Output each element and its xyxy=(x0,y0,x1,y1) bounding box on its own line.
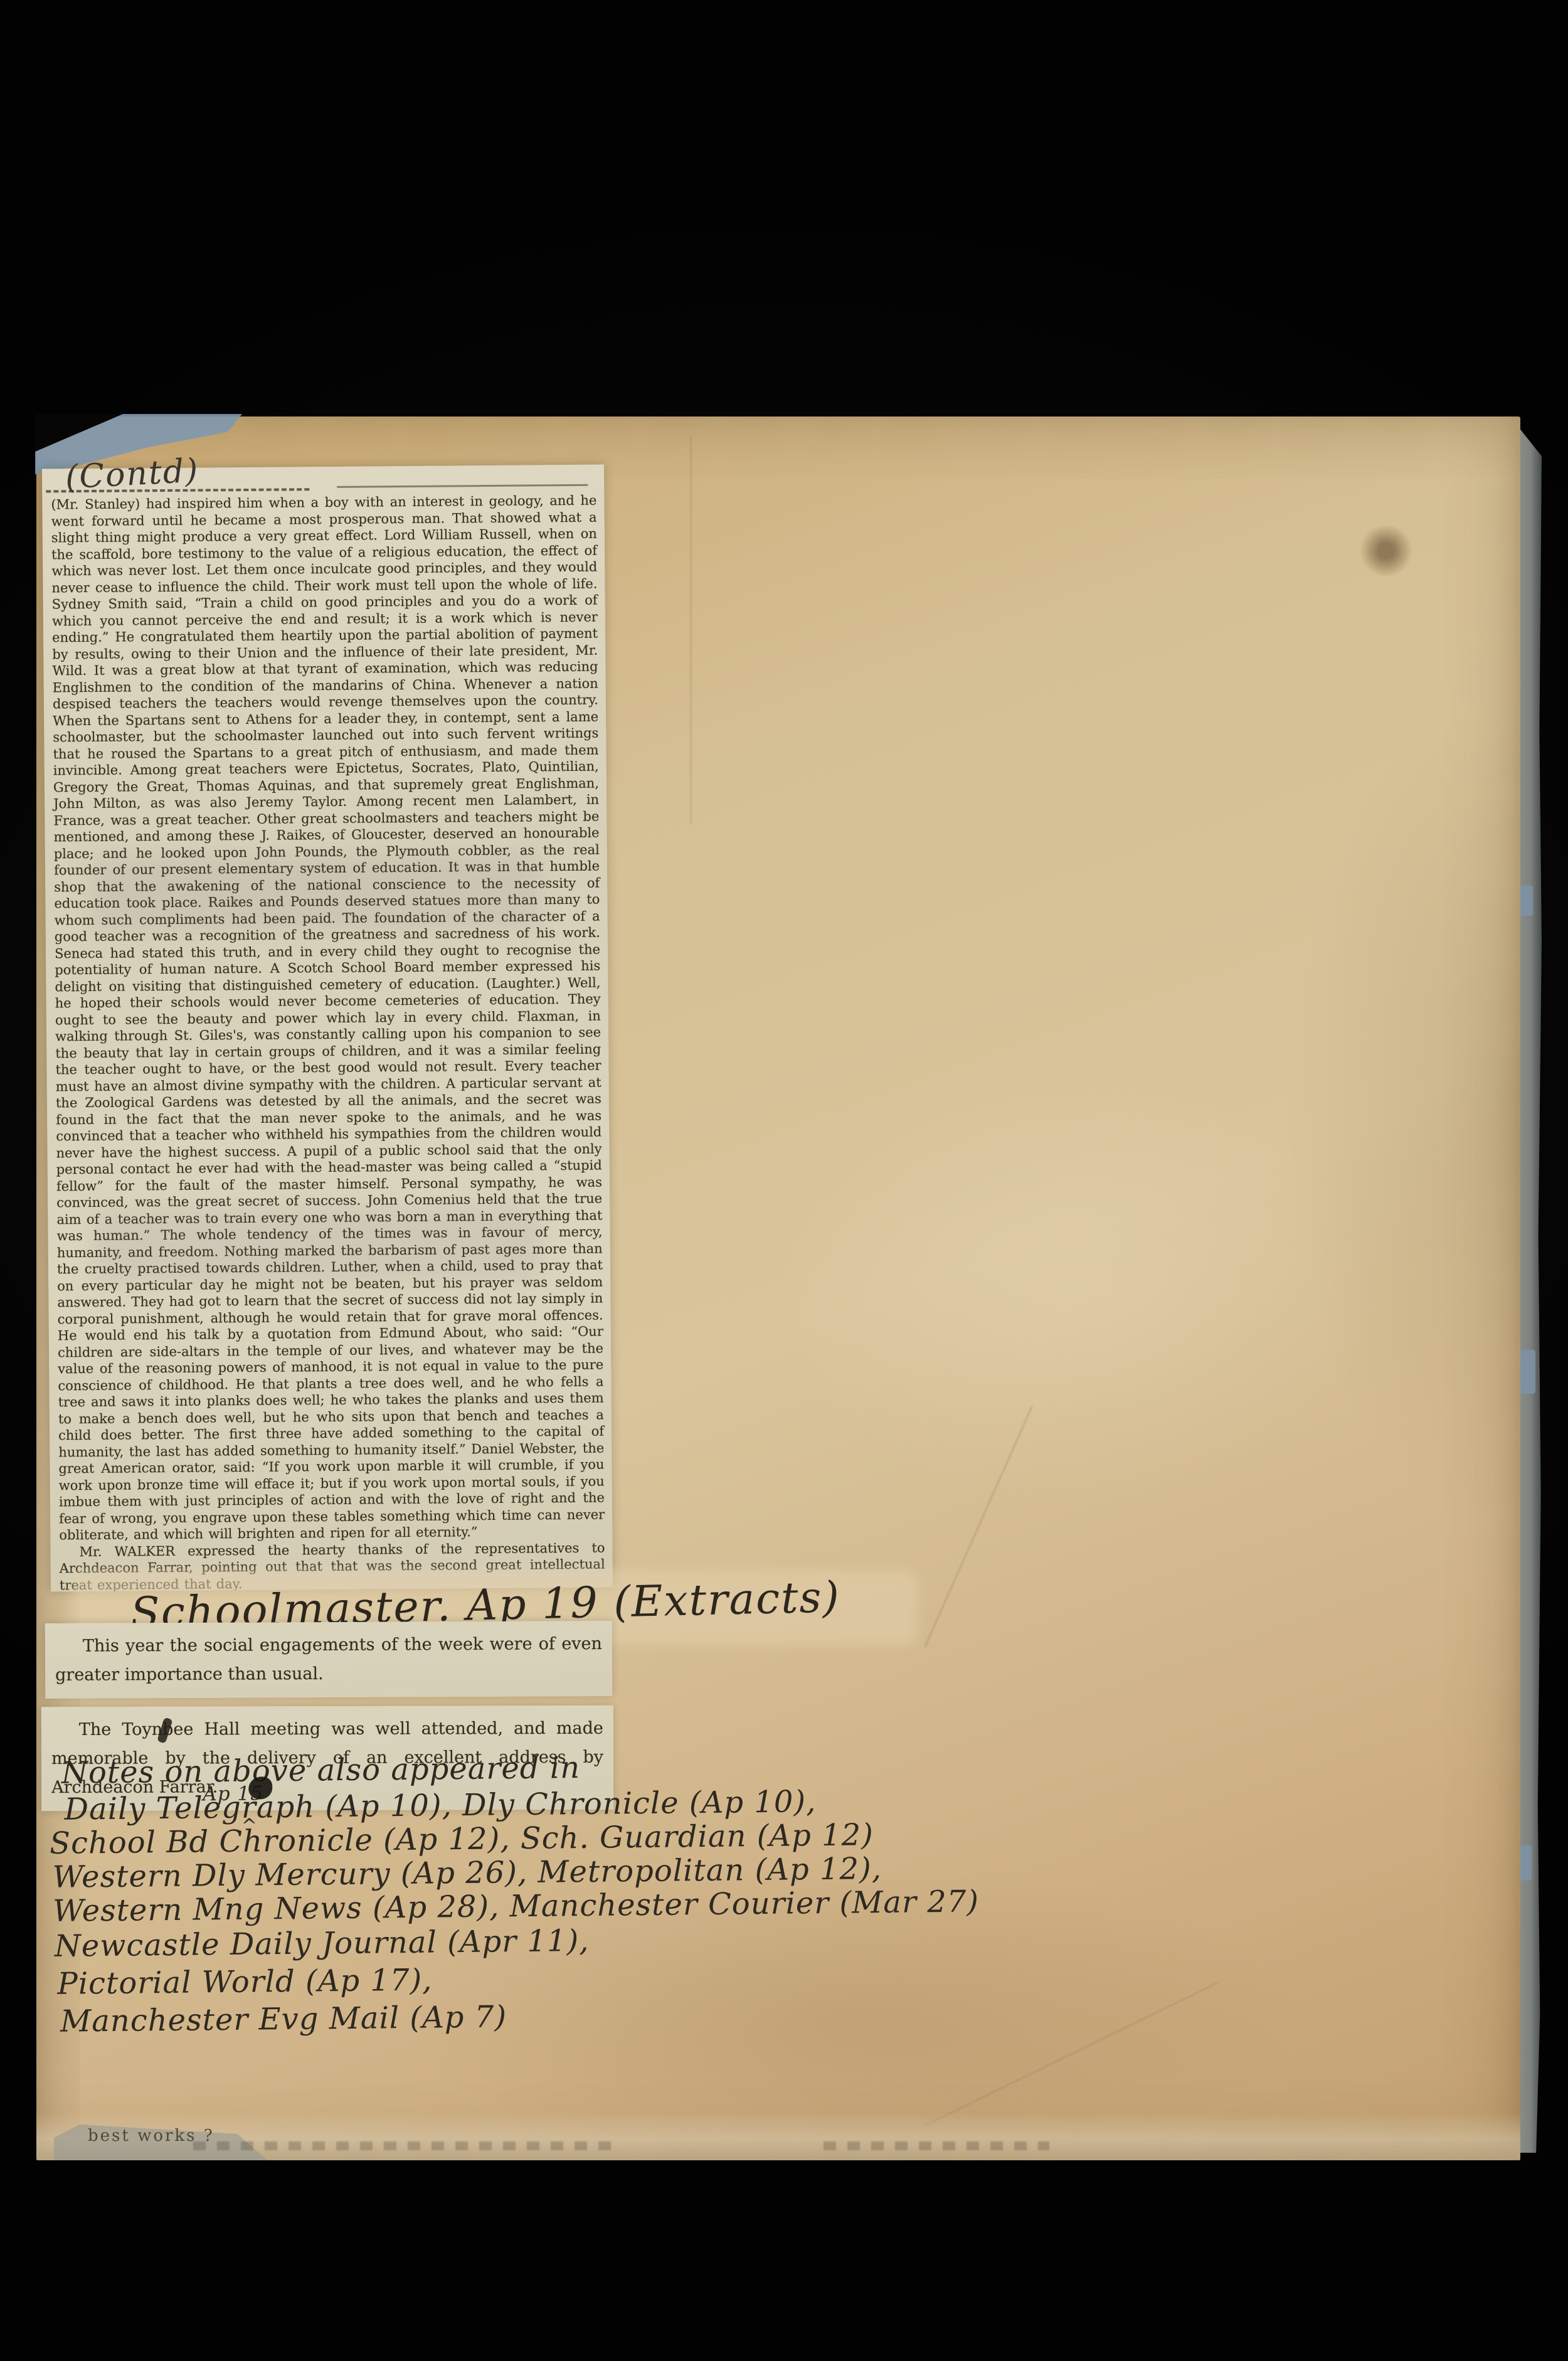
ink-blot xyxy=(248,1776,272,1799)
clipping-torn-edge-line xyxy=(337,484,588,488)
show-through-text-fragment xyxy=(193,2141,620,2150)
newspaper-clipping: (Mr. Stanley) had inspired him when a bo… xyxy=(42,465,613,1592)
notes-line: Pictorial World (Ap 17), xyxy=(57,1957,1004,2001)
extract-strip: This year the social engagements of the … xyxy=(45,1621,613,1699)
show-through-ghost xyxy=(90,854,541,933)
contd-annotation: (Contd) xyxy=(65,452,200,496)
extract-paragraph: This year the social engagements of the … xyxy=(55,1630,602,1690)
show-through-ghost xyxy=(93,1205,543,1284)
scrapbook-page: (Mr. Stanley) had inspired him when a bo… xyxy=(36,416,1520,2160)
show-through-text-fragment xyxy=(824,2141,1049,2150)
scanned-scrapbook-page: (Mr. Stanley) had inspired him when a bo… xyxy=(0,0,1568,2361)
notes-line: Manchester Evg Mail (Ap 7) xyxy=(60,1995,1005,2039)
handwritten-notes: Notes on above also appeared in Ap 15 ^ … xyxy=(49,1746,1005,2039)
bottom-left-print: best works ? xyxy=(88,2126,215,2145)
paper-crease xyxy=(924,1406,1033,1647)
paper-crease xyxy=(690,435,692,824)
clipping-paragraph: (Mr. Stanley) had inspired him when a bo… xyxy=(51,492,605,1544)
blue-paper-chip xyxy=(1519,1350,1535,1394)
insertion-caret: ^ xyxy=(241,1809,258,1843)
